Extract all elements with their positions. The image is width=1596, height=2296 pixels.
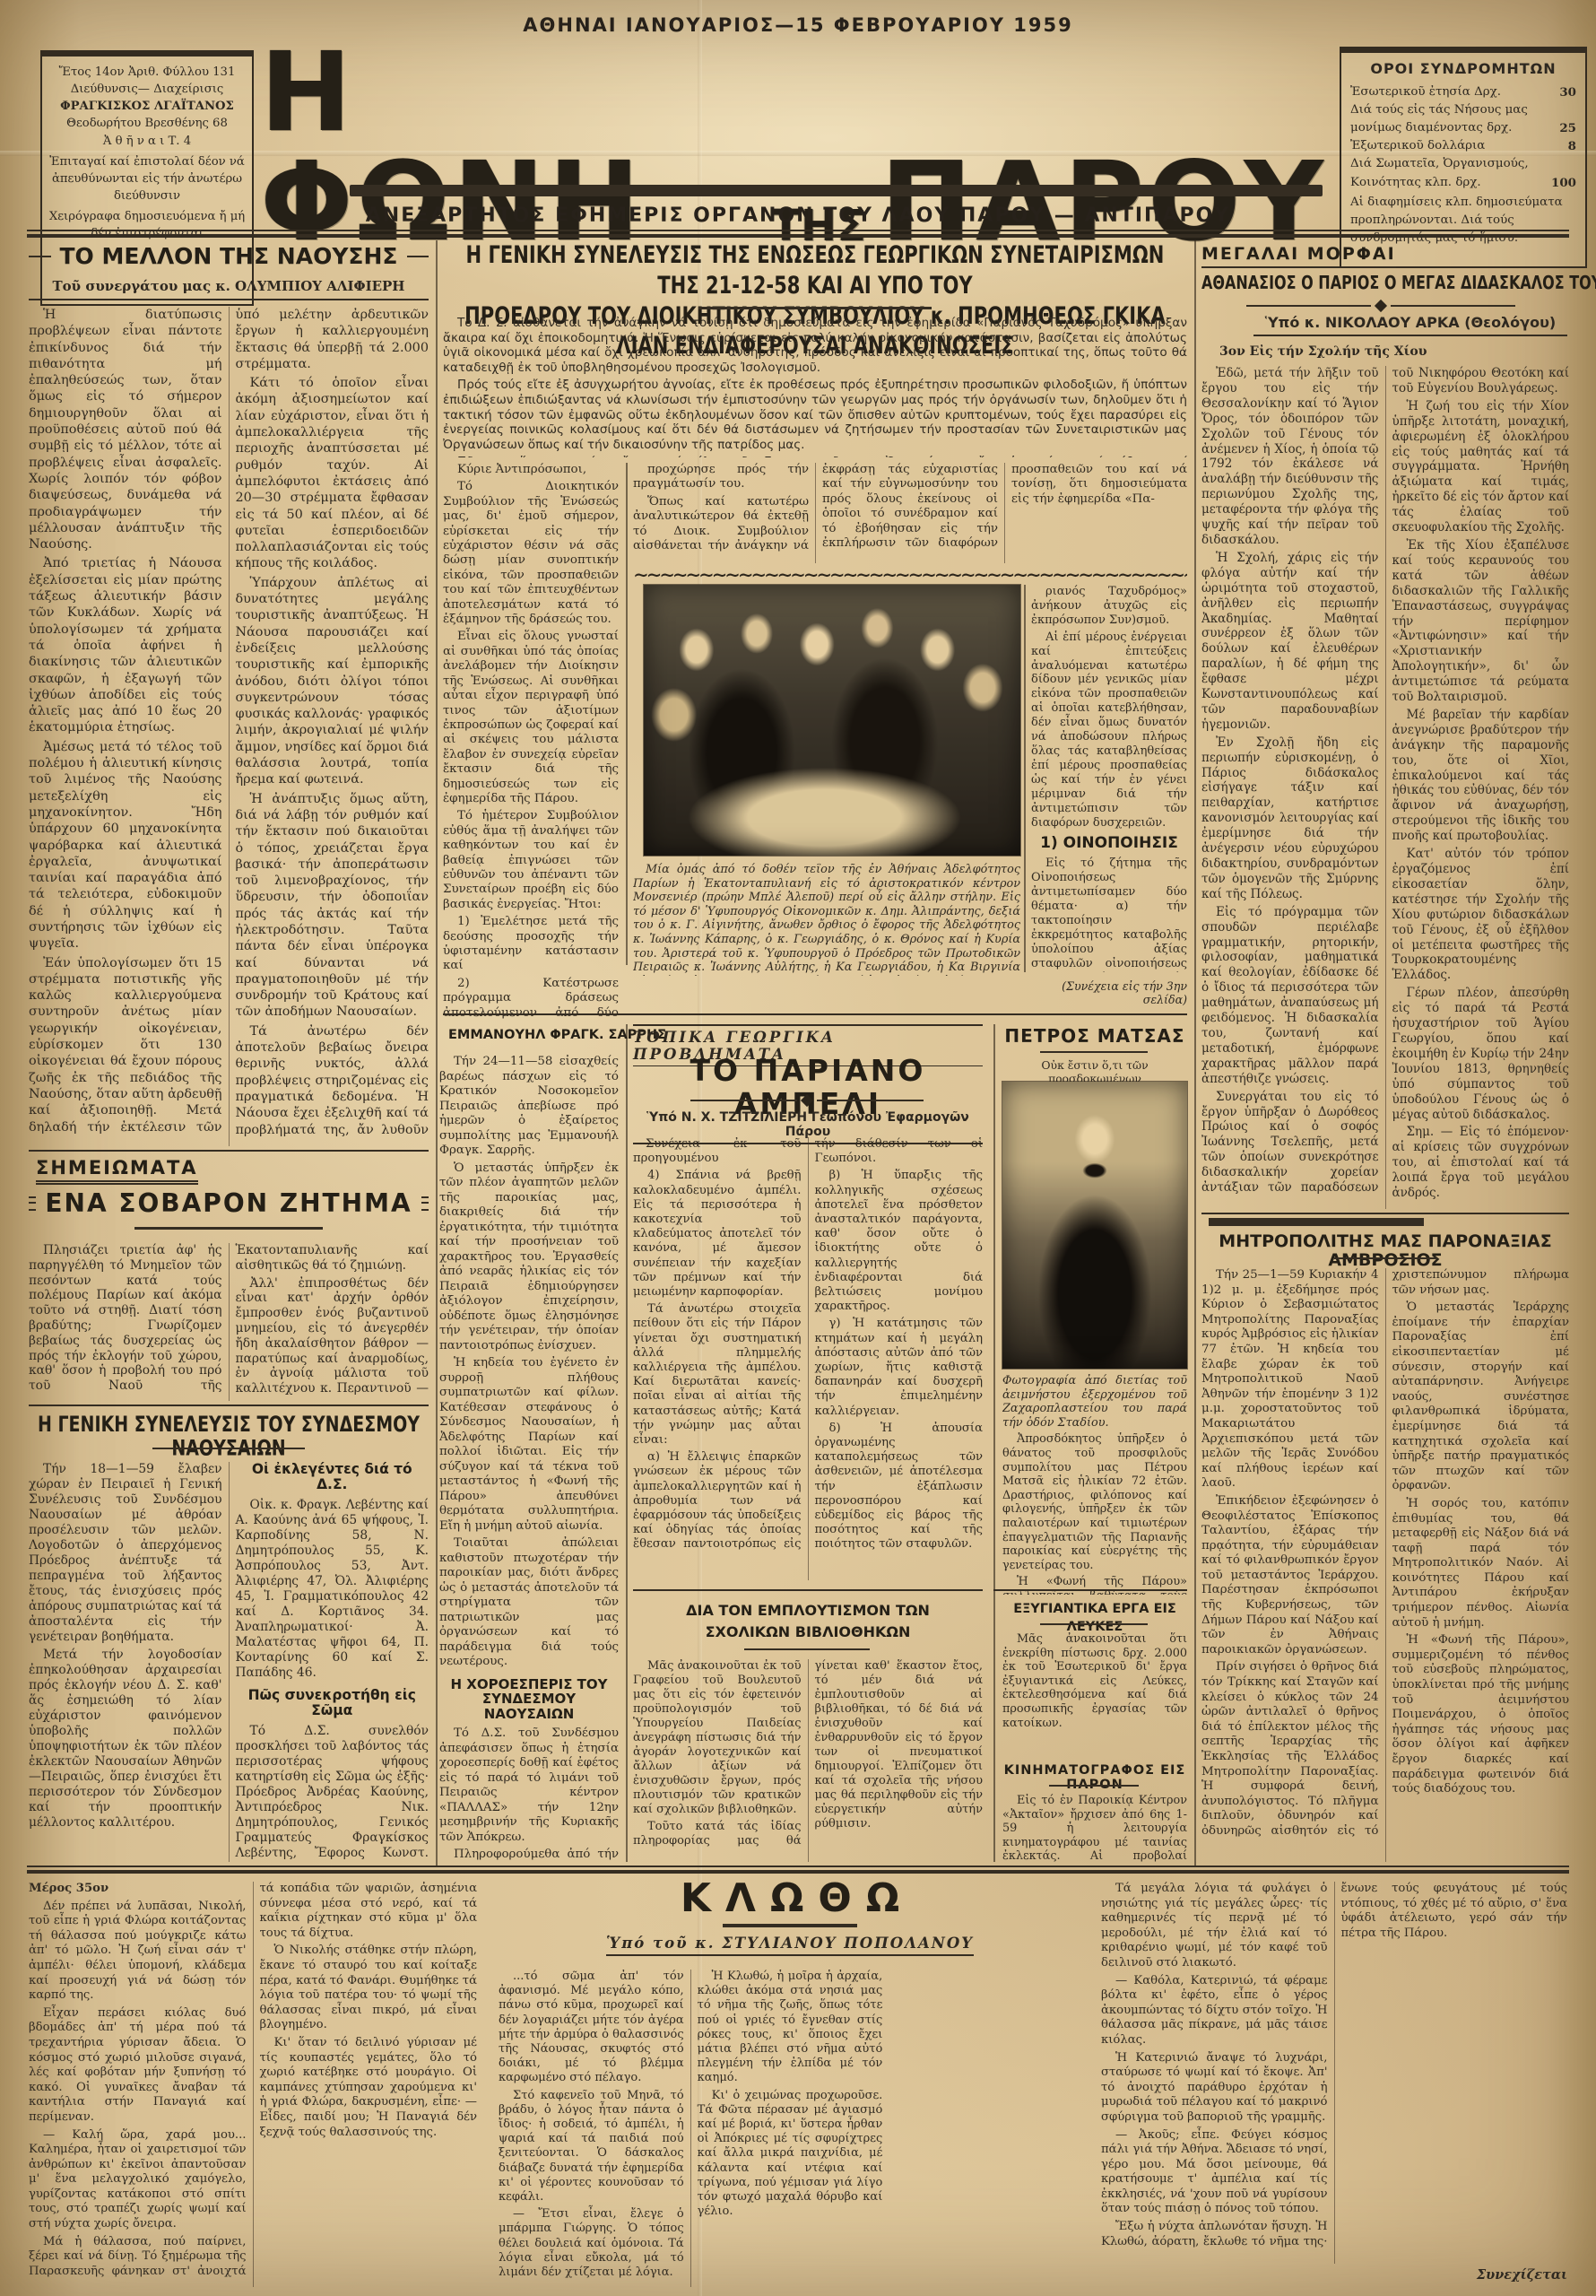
dance-evening-body: Τό Δ.Σ. τοῦ Συνδέσμου ἀπεφάσισεν ὅπως ἡ … [439, 1726, 619, 1862]
paragraph: 1) Ἐμελέτησε μετά τῆς δεούσης προσοχῆς τ… [443, 915, 619, 974]
matsas-obituary: Ἀπροσδόκητος ὑπῆρξεν ὁ θάνατος τοῦ προσφ… [1002, 1432, 1187, 1595]
paragraph: Ἡ Κλωθώ, ἡ μοῖρα ἡ ἀρχαία, κλώθει ἀκόμα … [698, 1970, 883, 2086]
reception-photo [644, 585, 1020, 856]
paragraph: Τήν 18—1—59 ἔλαβεν χώραν ἐν Πειραιεῖ ἡ Γ… [29, 1462, 222, 1645]
future-naoussa-headline: ΤΟ ΜΕΛΛΟΝ ΤΗΣ ΝΑΟΥΣΗΣ [60, 244, 398, 269]
continuation-note: (Συνέχεια εἰς τήν 3ην σελίδα) [1031, 979, 1187, 1006]
klotho-underline [723, 1924, 857, 1927]
libraries-headline-line2: ΣΧΟΛΙΚΩΝ ΒΙΒΛΙΟΘΗΚΩΝ [633, 1622, 983, 1643]
paragraph: Κύριε Ἀντιπρόσωποι, [443, 463, 619, 477]
paragraph: Κατ' αὐτόν τόν τρόπον ἐργαζόμενος ἐπί εἰ… [1392, 847, 1570, 983]
klotho-left-text: Δέν πρέπει νά λυπᾶσαι, Νικολή, τοῦ εἶπε … [29, 1882, 477, 2287]
rule-line [690, 1100, 797, 1101]
paragraph: Τά ἀνωτέρω στοιχεῖα πείθουν ὅτι εἰς τήν … [633, 1302, 802, 1448]
terms-row: Ἐξωτερικοῦ δολλάρια 8 [1350, 137, 1576, 155]
section-divider [29, 1405, 429, 1406]
paragraph: Κι' ὁ χειμώνας προχωροῦσε. Τά Φῶτα πέρασ… [698, 2089, 883, 2220]
column-rule [1194, 240, 1196, 1865]
paragraph: Εἶναι εἰς ὅλους γνωσταί αἱ συνθῆκαι ὑπό … [443, 630, 619, 806]
terms-label: Διά τούς εἰς τάς Νήσους μας μονίμως διαμ… [1350, 101, 1530, 137]
headline-triple-line [29, 1196, 36, 1211]
terms-value: 30 [1559, 83, 1576, 101]
paragraph: Κάτι τό ὁποῖον εἶναι ἀκόμη ἀξιοσημείωτον… [236, 375, 429, 572]
paragraph: Ἡ Σχολή, χάρις εἰς τήν φλόγα αὐτήν καί τ… [1201, 551, 1379, 733]
paragraph: Εἶχαν περάσει κιόλας δυό βδομάδες ἀπ' τή… [29, 2006, 247, 2126]
column-rule [993, 1024, 995, 1862]
diamond-rule [690, 1096, 924, 1105]
serious-matter-headline-row: ΕΝΑ ΣΟΒΑΡΟΝ ΖΗΤΗΜΑ [29, 1189, 429, 1217]
paragraph: Σημ. — Εἰς τό ἑπόμενον· αἱ κρίσεις τῶν σ… [1392, 1125, 1570, 1201]
naoussa-assembly-body: Τήν 18—1—59 ἔλαβεν χώραν ἐν Πειραιεῖ ἡ Γ… [29, 1462, 429, 1862]
metropolitan-body: Τήν 25—1—59 Κυριακήν 4 1)2 μ. μ. ἐξεδήμη… [1201, 1268, 1569, 1862]
klotho-header: ΚΛΩΘΩ Ὑπό τοῦ κ. ΣΤΥΛΙΑΝΟΥ ΠΟΠΟΛΑΝΟΥ [499, 1876, 1081, 1956]
winemaking-post: Εἰς τό ζήτημα τῆς Οἰνοποιήσεως ἀντιμετωπ… [1031, 857, 1187, 972]
section-divider [993, 1589, 1187, 1591]
headline-underline [1049, 1785, 1139, 1787]
section-divider [633, 1589, 983, 1591]
libraries-body: Μᾶς ἀνακοινοῦται ἐκ τοῦ Γραφείου τοῦ Βου… [633, 1659, 983, 1862]
libraries-headline-line1: ΔΙΑ ΤΟΝ ΕΜΠΛΟΥΤΙΣΜΟΝ ΤΩΝ [633, 1600, 983, 1622]
sarris-headline-row: ΕΜΜΑΝΟΥΗΛ ΦΡΑΓΚ. ΣΑΡΡΗΣ [439, 1028, 622, 1042]
athanasios-headline: ΑΘΑΝΑΣΙΟΣ Ο ΠΑΡΙΟΣ Ο ΜΕΓΑΣ ΔΙΔΑΣΚΑΛΟΣ ΤΟ… [1201, 273, 1569, 292]
headline-underline [698, 307, 932, 309]
paragraph: Αἱ ἐπί μέρους ἐνέργειαι καί ἐπιτεύξεις ἀ… [1031, 631, 1187, 831]
dance-evening-subhead: Η ΧΟΡΟΕΣΠΕΡΙΣ ΤΟΥ ΣΥΝΔΕΣΜΟΥ ΝΑΟΥΣΑΙΩΝ [439, 1677, 619, 1722]
paragraph: προχώρησε πρός τήν πραγμάτωσίν του. [633, 463, 809, 492]
paragraph: Ἐκ τῆς Χίου ἐξαπέλυσε καί τούς κεραυνούς… [1392, 538, 1570, 705]
to-be-continued: Συνεχίζεται [1300, 2267, 1567, 2283]
terms-row: Διά τούς εἰς τάς Νήσους μας μονίμως διαμ… [1350, 101, 1576, 137]
paragraph: Τά μεγάλα λόγια τά φυλάγει ὁ νησιώτης γι… [1101, 1882, 1328, 1971]
paragraph: Ἐν Σχολῇ ἤδη εἰς περιωπήν εὑρισκομένῃ, ὁ… [1201, 735, 1379, 902]
klotho-right-columns: Τά μεγάλα λόγια τά φυλάγει ὁ νησιώτης γι… [1101, 1882, 1567, 2264]
paragraph: Μέ βαρεῖαν τήν καρδίαν ἀνεγνώρισε βραδύτ… [1392, 708, 1570, 844]
paragraph: Ἀπροσδόκητος ὑπῆρξεν ὁ θάνατος τοῦ προσφ… [1002, 1432, 1187, 1572]
terms-note: Αἱ διαφημίσεις κλπ. δημοσιεύματα προπληρ… [1350, 194, 1576, 248]
sarris-obituary: Τήν 24—11—58 εἰσαχθείς βαρέως πάσχων εἰς… [439, 1055, 619, 1670]
assembly-subhead-elected: Οἱ ἐκλεγέντες διά τό Δ.Σ. [236, 1462, 429, 1492]
paragraph: — Ἀκοῦς; εἶπε. Φεύγει κόσμος πάλι γιά τή… [1101, 2128, 1328, 2218]
paragraph: Τό Δ. Σ. αἰσθάνεται τήν ἀνάγκην νά τονίσ… [443, 316, 1187, 375]
reception-photo-caption: Μία ὁμάς ἀπό τό δοθέν τεΐον τῆς ἐν Ἀθήνα… [633, 863, 1020, 976]
cinema-headline: ΚΙΝΗΜΑΤΟΓΡΑΦΟΣ ΕΙΣ ΠΑΡΟΝ [1002, 1763, 1187, 1792]
correspondence-note: Ἐπιταγαί καί ἐπιστολαί δέον νά ἀπευθύνων… [48, 153, 247, 204]
serious-matter-body: Πλησιάζει τριετία ἀφ' ἧς παρηγγέλθη τό Μ… [29, 1243, 429, 1401]
headline-underline [1334, 1257, 1437, 1259]
paragraph: — Ἔτσι εἶναι, ἔλεγε ὁ μπάρμπα Γιώργης. Ὁ… [499, 2207, 684, 2280]
sarris-body: Τήν 24—11—58 εἰσαχθείς βαρέως πάσχων εἰς… [439, 1055, 619, 1862]
lefkes-body: Μᾶς ἀνακοινοῦται ὅτι ἐνεκρίθη πίστωσις δ… [1002, 1632, 1187, 1758]
paragraph: — Καθόλα, Κατερινιώ, τά φέραμε βόλτα κι'… [1101, 1974, 1328, 2048]
column-rule [1024, 585, 1026, 972]
headline-underline [134, 1227, 323, 1230]
management-label: Διεύθυνσις— Διαχείρισις [48, 81, 247, 98]
publisher-name: ΦΡΑΓΚΙΣΚΟΣ ΛΓΑΪΤΑΝΟΣ [48, 98, 247, 115]
section-divider [29, 1150, 429, 1152]
paragraph: Ὑπάρχουν ἀπλέτως αἱ δυνατότητες μεγάλης … [236, 575, 429, 788]
paragraph: Εἰς τό ζήτημα τῆς Οἰνοποιήσεως ἀντιμετωπ… [1031, 857, 1187, 972]
wavy-divider: ∼∼∼∼∼∼∼∼∼∼∼∼∼∼∼∼∼∼∼∼∼∼∼∼∼∼∼∼∼∼∼∼∼∼∼∼∼∼∼∼… [633, 569, 1187, 581]
lefkes-headline: ΕΞΥΓΙΑΝΤΙΚΑ ΕΡΓΑ ΕΙΣ ΛΕΥΚΕΣ [1002, 1600, 1187, 1637]
vine-body: Συνέχεια ἐκ τοῦ προηγουμένου 4) Σπάνια ν… [633, 1137, 983, 1580]
matsas-photo-caption: Φωτογραφία ἀπό διετίας τοῦ ἀειμνήστου ἐξ… [1002, 1374, 1187, 1430]
paragraph: Ἡ Κατερινιώ ἄναψε τό λυχνάρι, σταύρωσε τ… [1101, 2051, 1328, 2126]
paragraph: Γέρων πλέον, ἀπεσύρθη εἰς τό παρά τά Ρεσ… [1392, 986, 1570, 1122]
klotho-headline: ΚΛΩΘΩ [499, 1876, 1081, 1920]
terms-value: 8 [1568, 137, 1576, 155]
terms-row: Ἐσωτερικοῦ ἐτησία Δρχ. 30 [1350, 83, 1576, 101]
paragraph: Ἡ κηδεία του ἐγένετο ἐν συρροῇ πλήθους σ… [439, 1356, 619, 1534]
paragraph: Κι' ὅταν τό δειλινό γύρισαν μέ τίς κουπα… [260, 2036, 478, 2140]
headline-underline [1040, 1051, 1148, 1053]
column-rule [436, 240, 438, 1865]
paragraph: Ἡ σορός του, κατόπιν ἐπιθυμίας του, θά μ… [1392, 1497, 1570, 1631]
diamond-rule [1246, 301, 1515, 310]
masthead-underline [350, 185, 1323, 196]
paragraph: 4) Σπάνια νά βρεθῇ καλοκλαδευμένο ἀμπέλι… [633, 1169, 802, 1300]
winemaking-subhead: 1) ΟΙΝΟΠΟΙΗΣΙΣ [1031, 837, 1187, 851]
notes-kicker: ΣΗΜΕΙΩΜΑΤΑ [36, 1157, 198, 1185]
paragraph: Ἐπικήδειον ἐξεφώνησεν ὁ Θεοφιλέστατος Ἐπ… [1201, 1494, 1379, 1658]
terms-label: Διά Σωματεῖα, Ὀργανισμούς, Κοινότητας κλ… [1350, 155, 1530, 191]
paragraph: Μᾶς ἀνακοινοῦται ὅτι ἐνεκρίθη πίστωσις δ… [1002, 1632, 1187, 1730]
column-rule [626, 463, 628, 965]
paragraph: Ἡ «Φωνή τῆς Πάρου» συλλυπεῖται βαθύτατα … [1002, 1575, 1187, 1595]
paragraph: Ἡ «Φωνή τῆς Πάρου», συμμεριζομένη τό πέν… [1392, 1633, 1570, 1797]
diamond-icon [1375, 300, 1387, 312]
paragraph: Ἡ ζωή του εἰς τήν Χίον ὑπῆρξε λιτοτάτη, … [1392, 399, 1570, 535]
union-left-column: Κύριε Ἀντιπρόσωποι,Τό Διοικητικόν Συμβού… [443, 463, 619, 1019]
paragraph: Πᾶς τις, ὅστις τυγχάνει ἔστω καί μέλος τ… [443, 455, 1187, 457]
matsas-body: Φωτογραφία ἀπό διετίας τοῦ ἀειμνήστου ἐξ… [1002, 1374, 1187, 1595]
headline-triple-line [421, 1196, 429, 1211]
rule-line [1391, 305, 1515, 307]
newspaper-subtitle: ΑΝΕΞΑΡΤΗΤΟΣ ΕΦΗΜΕΡΙΣ ΟΡΓΑΝΟΝ ΤΟΥ ΛΑΟΥ ΠΑ… [269, 204, 1327, 227]
great-figures-kicker: ΜΕΓΑΛΑΙ ΜΟΡΦΑΙ [1201, 244, 1396, 268]
assembly-mid: Οἰκ. κ. Φραγκ. Λεβέντης καί Α. Καούνης ἀ… [236, 1498, 429, 1681]
headline-black-bar [1209, 1218, 1424, 1226]
paragraph: Ἐδῶ, μετά τήν λῆξιν τοῦ ἔργου του εἰς τή… [1201, 366, 1379, 548]
paragraph: Ἀμέσως μετά τό τέλος τοῦ πολέμου ἡ ἁλιευ… [29, 739, 222, 952]
paragraph: Ἡ ἀνάπτυξις ὅμως αὕτη, διά νά λάβῃ τόν ρ… [236, 791, 429, 1021]
cinema-body: Εἰς τό ἐν Παροικίᾳ Κέντρον «Ἀκταῖον» ἤρχ… [1002, 1794, 1187, 1862]
section-divider [1201, 1213, 1569, 1214]
headline-dash [29, 256, 51, 257]
header-divider [27, 230, 1569, 238]
headline-underline [152, 1448, 305, 1449]
terms-title: ΟΡΟΙ ΣΥΝΔΡΟΜΗΤΩΝ [1350, 58, 1576, 80]
paragraph: Τό Δ.Σ. τοῦ Συνδέσμου ἀπεφάσισεν ὅπως ἡ … [439, 1726, 619, 1845]
assembly-pre: Τήν 18—1—59 ἔλαβεν χώραν ἐν Πειραιεῖ ἡ Γ… [29, 1462, 222, 1831]
paragraph: ...τό σῶμα ἀπ' τόν ἀφανισμό. Μέ μεγάλο κ… [499, 1970, 684, 2086]
union-right-column: ριανός Ταχυδρόμος» ἀνήκουν ἀτυχῶς εἰς ἐκ… [1031, 585, 1187, 972]
rule-line [1246, 305, 1371, 307]
bottom-band-divider [27, 1865, 1569, 1874]
union-intro: Τό Δ. Σ. αἰσθάνεται τήν ἀνάγκην νά τονίσ… [443, 316, 1187, 457]
athanasios-part-number: 3ον Εἰς τήν Σχολήν τῆς Χίου [1219, 344, 1569, 359]
dateline: ΑΘΗΝΑΙ ΙΑΝΟΥΑΡΙΟΣ—15 ΦΕΒΡΟΥΑΡΙΟΥ 1959 [269, 14, 1327, 36]
metropolitan-headline: ΜΗΤΡΟΠΟΛΙΤΗΣ ΜΑΣ ΠΑΡΟΝΑΞΙΑΣ ΑΜΒΡΟΣΙΟΣ [1201, 1232, 1569, 1271]
paragraph: Ἡ διατύπωσις προβλέψεων εἶναι πάντοτε ἐπ… [29, 307, 222, 552]
paragraph: Δέν πρέπει νά λυπᾶσαι, Νικολή, τοῦ εἶπε … [29, 1900, 247, 2004]
athanasios-body: Ἐδῶ, μετά τήν λῆξιν τοῦ ἔργου του εἰς τή… [1201, 366, 1569, 1209]
section-divider [443, 1013, 1187, 1015]
publisher-city: Ἀ θ ῆ ν α ι Τ. 4 [48, 133, 247, 150]
naoussa-assembly-headline: Η ΓΕΝΙΚΗ ΣΥΝΕΛΕΥΣΙΣ ΤΟΥ ΣΥΝΔΕΣΜΟΥ ΝΑΟΥΣΑ… [29, 1413, 429, 1461]
future-naoussa-headline-row: ΤΟ ΜΕΛΛΟΝ ΤΗΣ ΝΑΟΥΣΗΣ [29, 244, 429, 269]
terms-label: Ἐσωτερικοῦ ἐτησία Δρχ. [1350, 83, 1501, 101]
paragraph: Εἰς τό ἐν Παροικίᾳ Κέντρον «Ἀκταῖον» ἤρχ… [1002, 1794, 1187, 1862]
column-rule [626, 1024, 628, 1862]
klotho-center-columns: ...τό σῶμα ἀπ' τόν ἀφανισμό. Μέ μεγάλο κ… [499, 1970, 1081, 2287]
klotho-part-number: Μέρος 35ον [29, 1882, 247, 1897]
paragraph: Τό ἡμέτερον Συμβούλιον εὐθύς ἅμα τῇ ἀναλ… [443, 809, 619, 912]
paragraph: Ὁ μεταστάς ὑπῆρξεν ἐκ τῶν πλέον ἀγαπητῶν… [439, 1161, 619, 1354]
future-naoussa-byline: Τοῦ συνεργάτου μας κ. ΟΛΥΜΠΙΟΥ ΑΛΙΦΙΕΡΗ [29, 278, 429, 300]
libraries-headline: ΔΙΑ ΤΟΝ ΕΜΠΛΟΥΤΙΣΜΟΝ ΤΩΝ ΣΧΟΛΙΚΩΝ ΒΙΒΛΙΟ… [633, 1600, 983, 1643]
paragraph: Εἰς τό πρόγραμμα τῶν σπουδῶν περιέλαβε γ… [1201, 905, 1379, 1087]
paragraph: Τοιαῦται ἀπώλειαι καθιστοῦν πτωχοτέραν τ… [439, 1536, 619, 1670]
athanasios-byline: Ὑπό κ. ΝΙΚΟΛΑΟΥ ΑΡΚΑ (Θεολόγου) [1253, 314, 1567, 336]
publisher-address: Θεοδωρήτου Βρεσθένης 68 [48, 115, 247, 132]
paragraph: Τήν 24—11—58 εἰσαχθείς βαρέως πάσχων εἰς… [439, 1055, 619, 1159]
paragraph: Ἀπό τριετίας ἡ Νάουσα ἐξελίσσεται εἰς μί… [29, 555, 222, 735]
paragraph: Ὁ Νικολής στάθηκε στήν πλώρη, ἔκανε τό σ… [260, 1944, 478, 2033]
union-headline-line1: Η ΓΕΝΙΚΗ ΣΥΝΕΛΕΥΣΙΣ ΤΗΣ ΕΝΩΣΕΩΣ ΓΕΩΡΓΙΚΩ… [443, 240, 1187, 301]
paragraph: Μετά τήν λογοδοσίαν ἐπηκολούθησαν ἀρχαιρ… [29, 1648, 222, 1831]
serious-matter-headline: ΕΝΑ ΣΟΒΑΡΟΝ ΖΗΤΗΜΑ [45, 1189, 412, 1217]
winemaking-pre: ριανός Ταχυδρόμος» ἀνήκουν ἀτυχῶς εἰς ἐκ… [1031, 585, 1187, 830]
paragraph: Οἰκ. κ. Φραγκ. Λεβέντης καί Α. Καούνης ἀ… [236, 1498, 429, 1681]
paragraph: Μᾶς ἀνακοινοῦται ἐκ τοῦ Γραφείου τοῦ Βου… [633, 1659, 802, 1817]
paragraph: Τήν 25—1—59 Κυριακήν 4 1)2 μ. μ. ἐξεδήμη… [1201, 1268, 1379, 1492]
terms-value: 100 [1551, 174, 1576, 192]
newspaper-page: ΑΘΗΝΑΙ ΙΑΝΟΥΑΡΙΟΣ—15 ΦΕΒΡΟΥΑΡΙΟΥ 1959 Ἔτ… [0, 0, 1596, 2296]
caption-text: Μία ὁμάς ἀπό τό δοθέν τεΐον τῆς ἐν Ἀθήνα… [633, 863, 1020, 976]
future-naoussa-body: Ἡ διατύπωσις προβλέψεων εἶναι πάντοτε ἐπ… [29, 307, 429, 1146]
matsas-headline: ΠΕΤΡΟΣ ΜΑΤΣΑΣ [1002, 1026, 1187, 1046]
vine-lead: Συνέχεια ἐκ τοῦ προηγουμένου [633, 1137, 802, 1166]
paragraph: Τό Διοικητικόν Συμβούλιον τῆς Ἑνώσεώς μα… [443, 480, 619, 627]
paragraph: ριανός Ταχυδρόμος» ἀνήκουν ἀτυχῶς εἰς ἐκ… [1031, 585, 1187, 628]
issue-number: Ἔτος 14ον Ἀριθ. Φύλλου 131 [48, 64, 247, 81]
klotho-left-columns: Μέρος 35ον Δέν πρέπει νά λυπᾶσαι, Νικολή… [29, 1882, 477, 2287]
paragraph: 2) Κατέστρωσε πρόγραμμα δράσεως ἀποτελού… [443, 977, 619, 1019]
paragraph: δ) Ἡ ἀπουσία ὀργανωμένης καταπολεμήσεως … [815, 1422, 984, 1552]
paragraph: Πληροφορούμεθα ἀπό τήν Ὀργανωτικήν Ἐπιτρ… [439, 1848, 619, 1862]
assembly-subhead-board: Πῶς συνεκροτήθη εἰς Σῶμα [236, 1688, 429, 1718]
paragraph: Πρός τούς εἴτε ἐξ ἀσυγχωρήτου ἀγνοίας, ε… [443, 378, 1187, 452]
paragraph: γ) Ἡ κατάτμησις τῶν κτημάτων καί ἡ μεγάλ… [815, 1317, 984, 1418]
headline-underline [1040, 1623, 1148, 1625]
diamond-icon [801, 1094, 813, 1107]
rule-line [817, 1100, 924, 1101]
paragraph: Στό καφενεῖο τοῦ Μηνᾶ, τό βράδυ, ὁ λόγος… [499, 2089, 684, 2205]
paragraph: — Καλή ὥρα, χαρά μου... Καλημέρα, ἦταν ο… [29, 2128, 247, 2232]
headline-underline [744, 1648, 870, 1650]
terms-label: Ἐξωτερικοῦ δολλάρια [1350, 137, 1485, 155]
headline-dash [407, 256, 429, 257]
union-top-strip: προχώρησε πρός τήν πραγμάτωσίν του.Ὅπως … [633, 463, 1187, 563]
terms-value: 25 [1559, 119, 1576, 137]
paragraph: Ὁ μεταστάς Ἱεράρχης ἐποίμανε τήν ἐπαρχία… [1392, 1300, 1570, 1494]
vine-paragraphs: 4) Σπάνια νά βρεθῇ καλοκλαδευμένο ἀμπέλι… [633, 1137, 983, 1580]
terms-row: Διά Σωματεῖα, Ὀργανισμούς, Κοινότητας κλ… [1350, 155, 1576, 191]
matsas-portrait-photo [1002, 1082, 1187, 1369]
klotho-byline: Ὑπό τοῦ κ. ΣΤΥΛΙΑΝΟΥ ΠΟΠΟΛΑΝΟΥ [606, 1935, 974, 1956]
paragraph: β) Ἡ ὕπαρξις τῆς κολληγικῆς σχέσεως ἀποτ… [815, 1169, 984, 1314]
